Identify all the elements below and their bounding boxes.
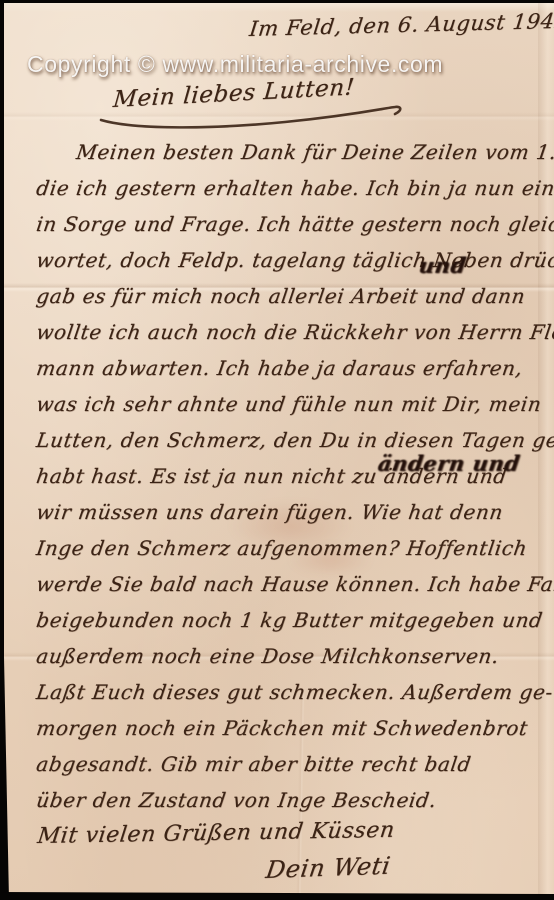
handwritten-line: wortet, doch Feldp. tagelang täglich Neb… [34,242,554,278]
scan-edge-left-wedge [0,560,9,900]
letter-body: Meinen besten Dank für Deine Zeilen vom … [34,134,554,818]
handwritten-line: in Sorge und Frage. Ich hätte gestern no… [34,206,554,242]
overwritten-word: und [417,253,468,278]
handwritten-line: beigebunden noch 1 kg Butter mitgegeben … [34,602,554,638]
letter-date-line: Im Feld, den 6. August 1942 [248,9,554,41]
handwritten-line: werde Sie bald nach Hause können. Ich ha… [34,566,554,602]
handwritten-line: Meinen besten Dank für Deine Zeilen vom … [34,134,554,170]
handwritten-line: gab es für mich noch allerlei Arbeit und… [34,278,554,314]
handwritten-line: abgesandt. Gib mir aber bitte recht bald [34,746,554,782]
handwritten-line: wir müssen uns darein fügen. Wie hat den… [34,494,554,530]
handwritten-line: über den Zustand von Inge Bescheid. [34,782,554,818]
letter-signature: Dein Weti [264,852,392,884]
handwritten-line: was ich sehr ahnte und fühle nun mit Dir… [34,386,554,422]
letter-closing: Mit vielen Grüßen und Küssen [36,818,396,849]
handwritten-line: die ich gestern erhalten habe. Ich bin j… [34,170,554,206]
handwritten-line: mann abwarten. Ich habe ja daraus erfahr… [34,350,554,386]
scanned-letter-page: Copyright © www.militaria-archive.com Im… [0,0,554,900]
handwritten-line: Inge den Schmerz aufgenommen? Hoffentlic… [34,530,554,566]
scan-edge-top [0,0,554,3]
copyright-watermark: Copyright © www.militaria-archive.com [27,51,554,78]
overwritten-word: ändern und [376,451,554,476]
handwritten-line: Laßt Euch dieses gut schmecken. Außerdem… [34,674,554,710]
scan-edge-bottom [0,892,554,900]
salutation-underline-flourish [95,100,415,132]
handwritten-line: morgen noch ein Päckchen mit Schwedenbro… [34,710,554,746]
handwritten-line: außerdem noch eine Dose Milchkonserven. [34,638,554,674]
handwritten-line: wollte ich auch noch die Rückkehr von He… [34,314,554,350]
